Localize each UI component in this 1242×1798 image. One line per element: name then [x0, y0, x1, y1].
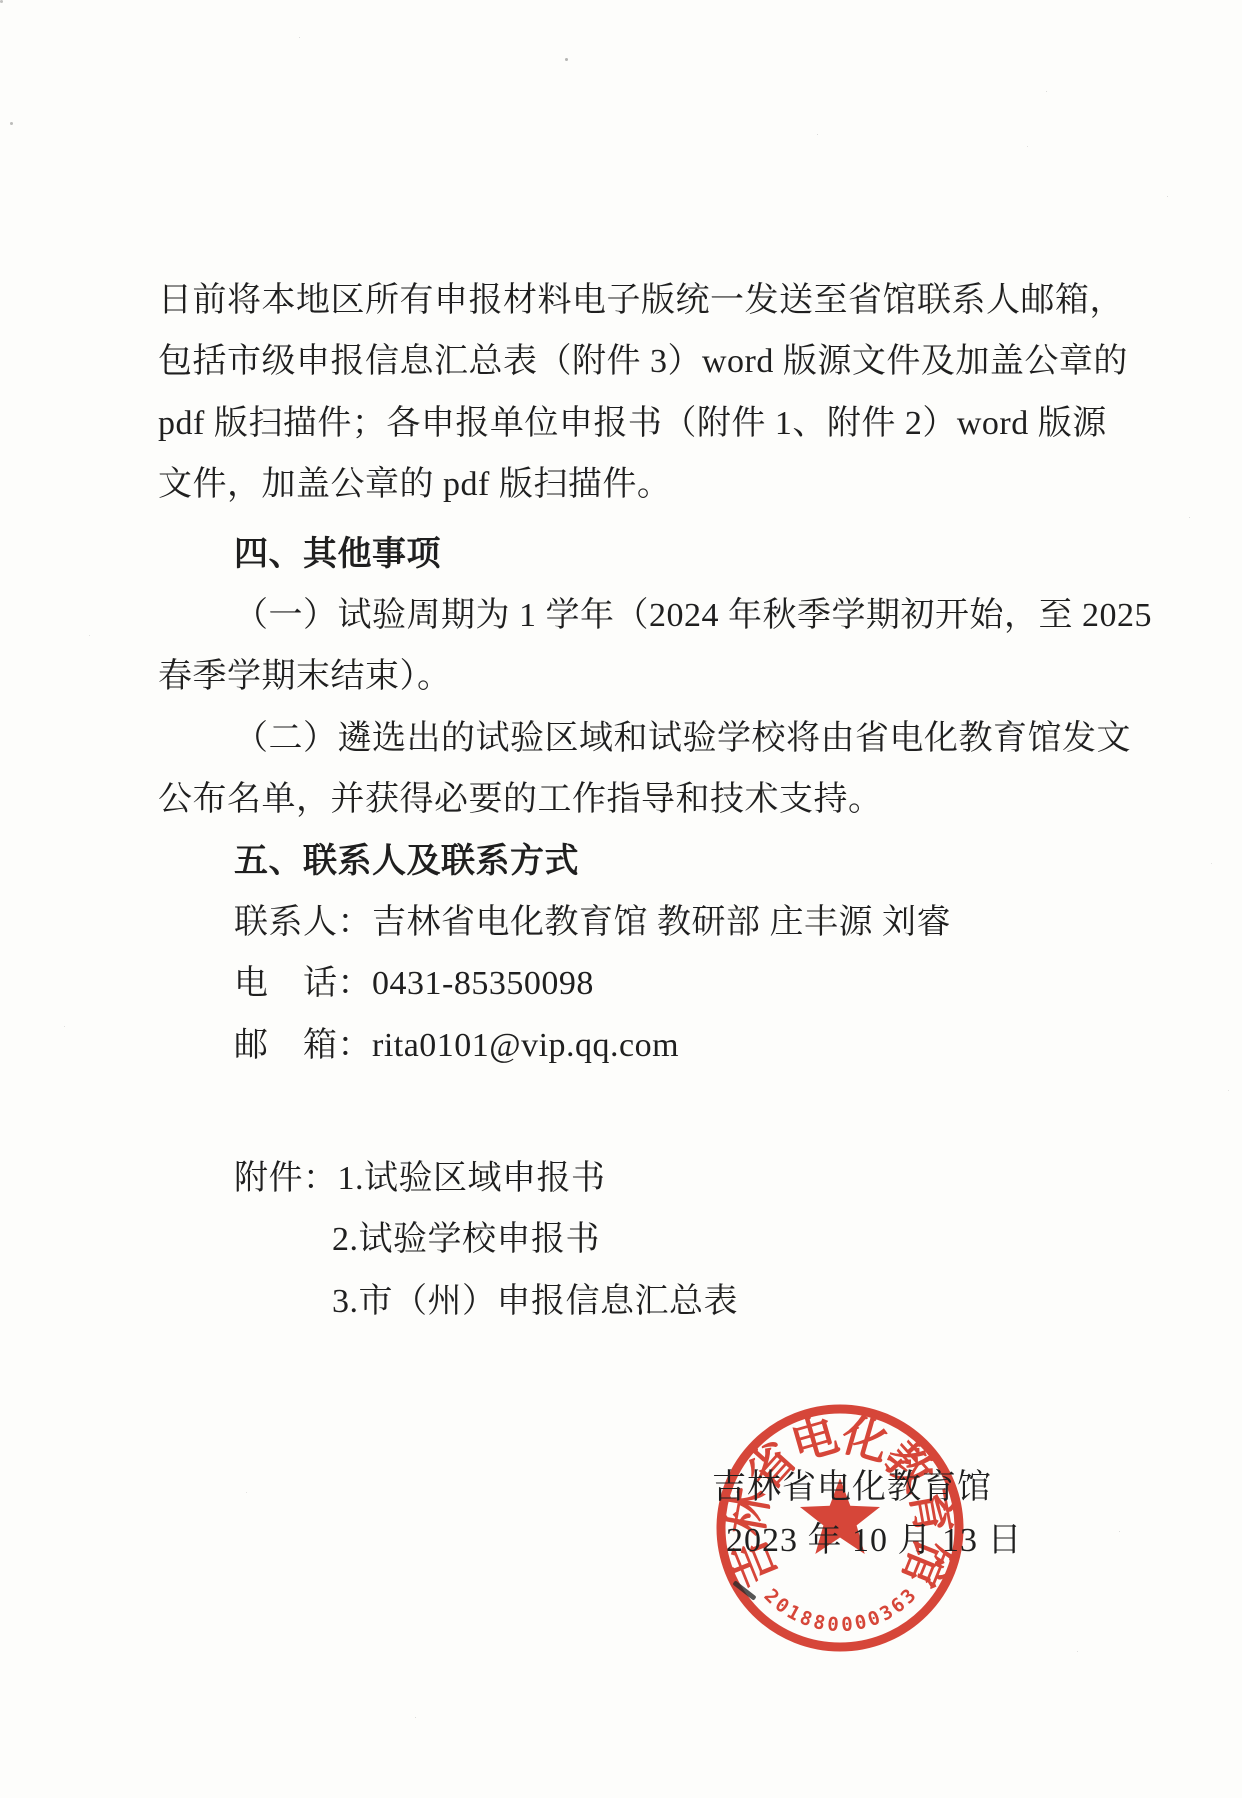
- paragraph-line: pdf 版扫描件；各申报单位申报书（附件 1、附件 2）word 版源: [158, 393, 1098, 454]
- scanned-document-page: 日前将本地区所有申报材料电子版统一发送至省馆联系人邮箱， 包括市级申报信息汇总表…: [0, 0, 1242, 1798]
- attachments-block: 附件：1.试验区域申报书 2.试验学校申报书 3.市（州）申报信息汇总表: [158, 1148, 1098, 1332]
- paragraph-line: 包括市级申报信息汇总表（附件 3）word 版源文件及加盖公章的: [158, 331, 1098, 392]
- section-4-item-2-line: 公布名单，并获得必要的工作指导和技术支持。: [158, 769, 1098, 830]
- paragraph-line: 文件，加盖公章的 pdf 版扫描件。: [158, 454, 1098, 515]
- attachment-item: 1.试验区域申报书: [338, 1148, 606, 1209]
- paragraph-line: 日前将本地区所有申报材料电子版统一发送至省馆联系人邮箱，: [158, 270, 1098, 331]
- seal-code-digit: 0: [827, 1613, 840, 1636]
- signature-org: 吉林省电化教育馆: [712, 1459, 992, 1508]
- document-body: 日前将本地区所有申报材料电子版统一发送至省馆联系人邮箱， 包括市级申报信息汇总表…: [158, 270, 1098, 1332]
- attachment-line: 附件：1.试验区域申报书: [158, 1148, 1098, 1209]
- signature-date: 2023 年 10 月 13 日: [726, 1512, 1023, 1561]
- attachments-label: 附件：: [234, 1148, 338, 1209]
- section-4-item-2-line: （二）遴选出的试验区域和试验学校将由省电化教育馆发文: [158, 708, 1098, 769]
- section-4-heading: 四、其他事项: [158, 524, 1098, 585]
- contact-email-line: 邮 箱：rita0101@vip.qq.com: [158, 1015, 1098, 1076]
- contact-phone-line: 电 话：0431-85350098: [158, 953, 1098, 1014]
- section-4-item-1-line: 春季学期末结束）。: [158, 646, 1098, 707]
- seal-code-digit: 0: [841, 1613, 854, 1636]
- section-5-heading: 五、联系人及联系方式: [158, 831, 1098, 892]
- scan-speckles: [0, 0, 3, 3]
- contact-person-line: 联系人：吉林省电化教育馆 教研部 庄丰源 刘睿: [158, 892, 1098, 953]
- attachment-item: 2.试验学校申报书: [158, 1209, 1098, 1270]
- section-4-item-1-line: （一）试验周期为 1 学年（2024 年秋季学期初开始，至 2025: [158, 585, 1098, 646]
- attachment-item: 3.市（州）申报信息汇总表: [158, 1271, 1098, 1332]
